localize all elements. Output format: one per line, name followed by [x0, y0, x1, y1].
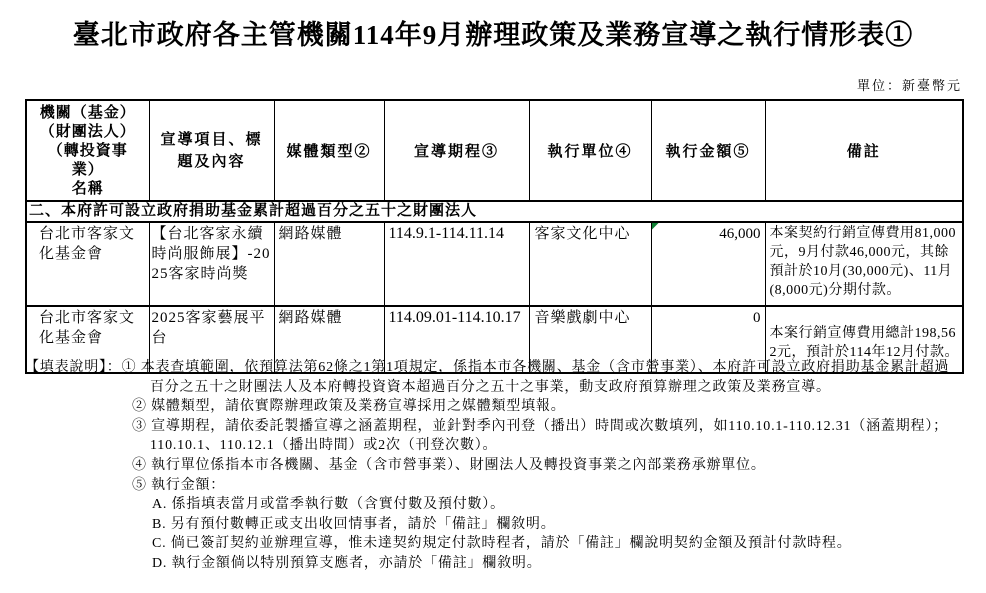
instruction-text: ① 本表查填範圍，依預算法第62條之1第1項規定，係指本市各機關、基金（含市營事… [122, 360, 950, 375]
exec-unit-cell: 客家文化中心 [529, 222, 651, 306]
table-row: 台北市客家文化基金會 【台北客家永續時尚服飾展】-2025客家時尚獎 網路媒體 … [26, 222, 963, 306]
header-media-type: 媒體類型② [274, 100, 384, 201]
instruction-line: 百分之五十之財團法人及本府轉投資資本超過百分之五十之事業，動支政府預算辦理之政策… [150, 378, 986, 398]
instruction-line: A. 係指填表當月或當季執行數（含實付數及預付數）。 [152, 495, 986, 515]
media-type-cell: 網路媒體 [274, 222, 384, 306]
header-period: 宣導期程③ [384, 100, 529, 201]
org-cell: 台北市客家文化基金會 [26, 222, 149, 306]
section-row: 二、本府許可設立政府捐助基金累計超過百分之五十之財團法人 [26, 201, 963, 222]
currency-unit-note: 單位：新臺幣元 [857, 75, 962, 94]
section-title: 二、本府許可設立政府捐助基金累計超過百分之五十之財團法人 [26, 201, 963, 222]
execution-report-table: 機關（基金） （財團法人） （轉投資事 業） 名稱 宣導項目、標 題及內容 媒體… [25, 99, 964, 374]
period-cell: 114.9.1-114.11.14 [384, 222, 529, 306]
instruction-line: ② 媒體類型，請依實際辦理政策及業務宣導採用之媒體類型填報。 [132, 397, 986, 417]
header-amount: 執行金額⑤ [651, 100, 765, 201]
note-cell: 本案契約行銷宣傳費用81,000元，9月付款46,000元，其餘預計於10月(3… [765, 222, 963, 306]
instruction-line: 110.10.1、110.12.1（播出時間）或2次（刊登次數）。 [150, 436, 986, 456]
instructions-label: 【填表說明】： [25, 360, 122, 375]
project-cell: 【台北客家永續時尚服飾展】-2025客家時尚獎 [149, 222, 274, 306]
amount-cell: 46,000 [651, 222, 765, 306]
instruction-line: D. 執行金額倘以特別預算支應者，亦請於「備註」欄敘明。 [152, 554, 986, 574]
instruction-line: 【填表說明】：① 本表查填範圍，依預算法第62條之1第1項規定，係指本市各機關、… [25, 358, 986, 378]
instruction-line: ③ 宣導期程，請依委託製播宣導之涵蓋期程，並針對季內刊登（播出）時間或次數填列，… [132, 417, 986, 437]
fill-in-instructions: 【填表說明】：① 本表查填範圍，依預算法第62條之1第1項規定，係指本市各機關、… [0, 358, 986, 574]
document-page: { "page": { "title": "臺北市政府各主管機關114年9月辦理… [0, 0, 986, 593]
header-org-name: 機關（基金） （財團法人） （轉投資事 業） 名稱 [26, 100, 149, 201]
instruction-line: ④ 執行單位係指本市各機關、基金（含市營事業）、財團法人及轉投資事業之內部業務承… [132, 456, 986, 476]
header-row: 機關（基金） （財團法人） （轉投資事 業） 名稱 宣導項目、標 題及內容 媒體… [26, 100, 963, 201]
page-title: 臺北市政府各主管機關114年9月辦理政策及業務宣導之執行情形表① [0, 13, 986, 52]
header-project: 宣導項目、標 題及內容 [149, 100, 274, 201]
instruction-line: ⑤ 執行金額： [132, 476, 986, 496]
instruction-line: C. 倘已簽訂契約並辦理宣導，惟未達契約規定付款時程者，請於「備註」欄說明契約金… [152, 534, 986, 554]
header-note: 備註 [765, 100, 963, 201]
amount-value: 0 [753, 310, 761, 326]
header-exec-unit: 執行單位④ [529, 100, 651, 201]
instruction-line: B. 另有預付數轉正或支出收回情事者，請於「備註」欄敘明。 [152, 515, 986, 535]
amount-value: 46,000 [719, 226, 760, 242]
cell-error-flag-triangle [652, 223, 659, 230]
